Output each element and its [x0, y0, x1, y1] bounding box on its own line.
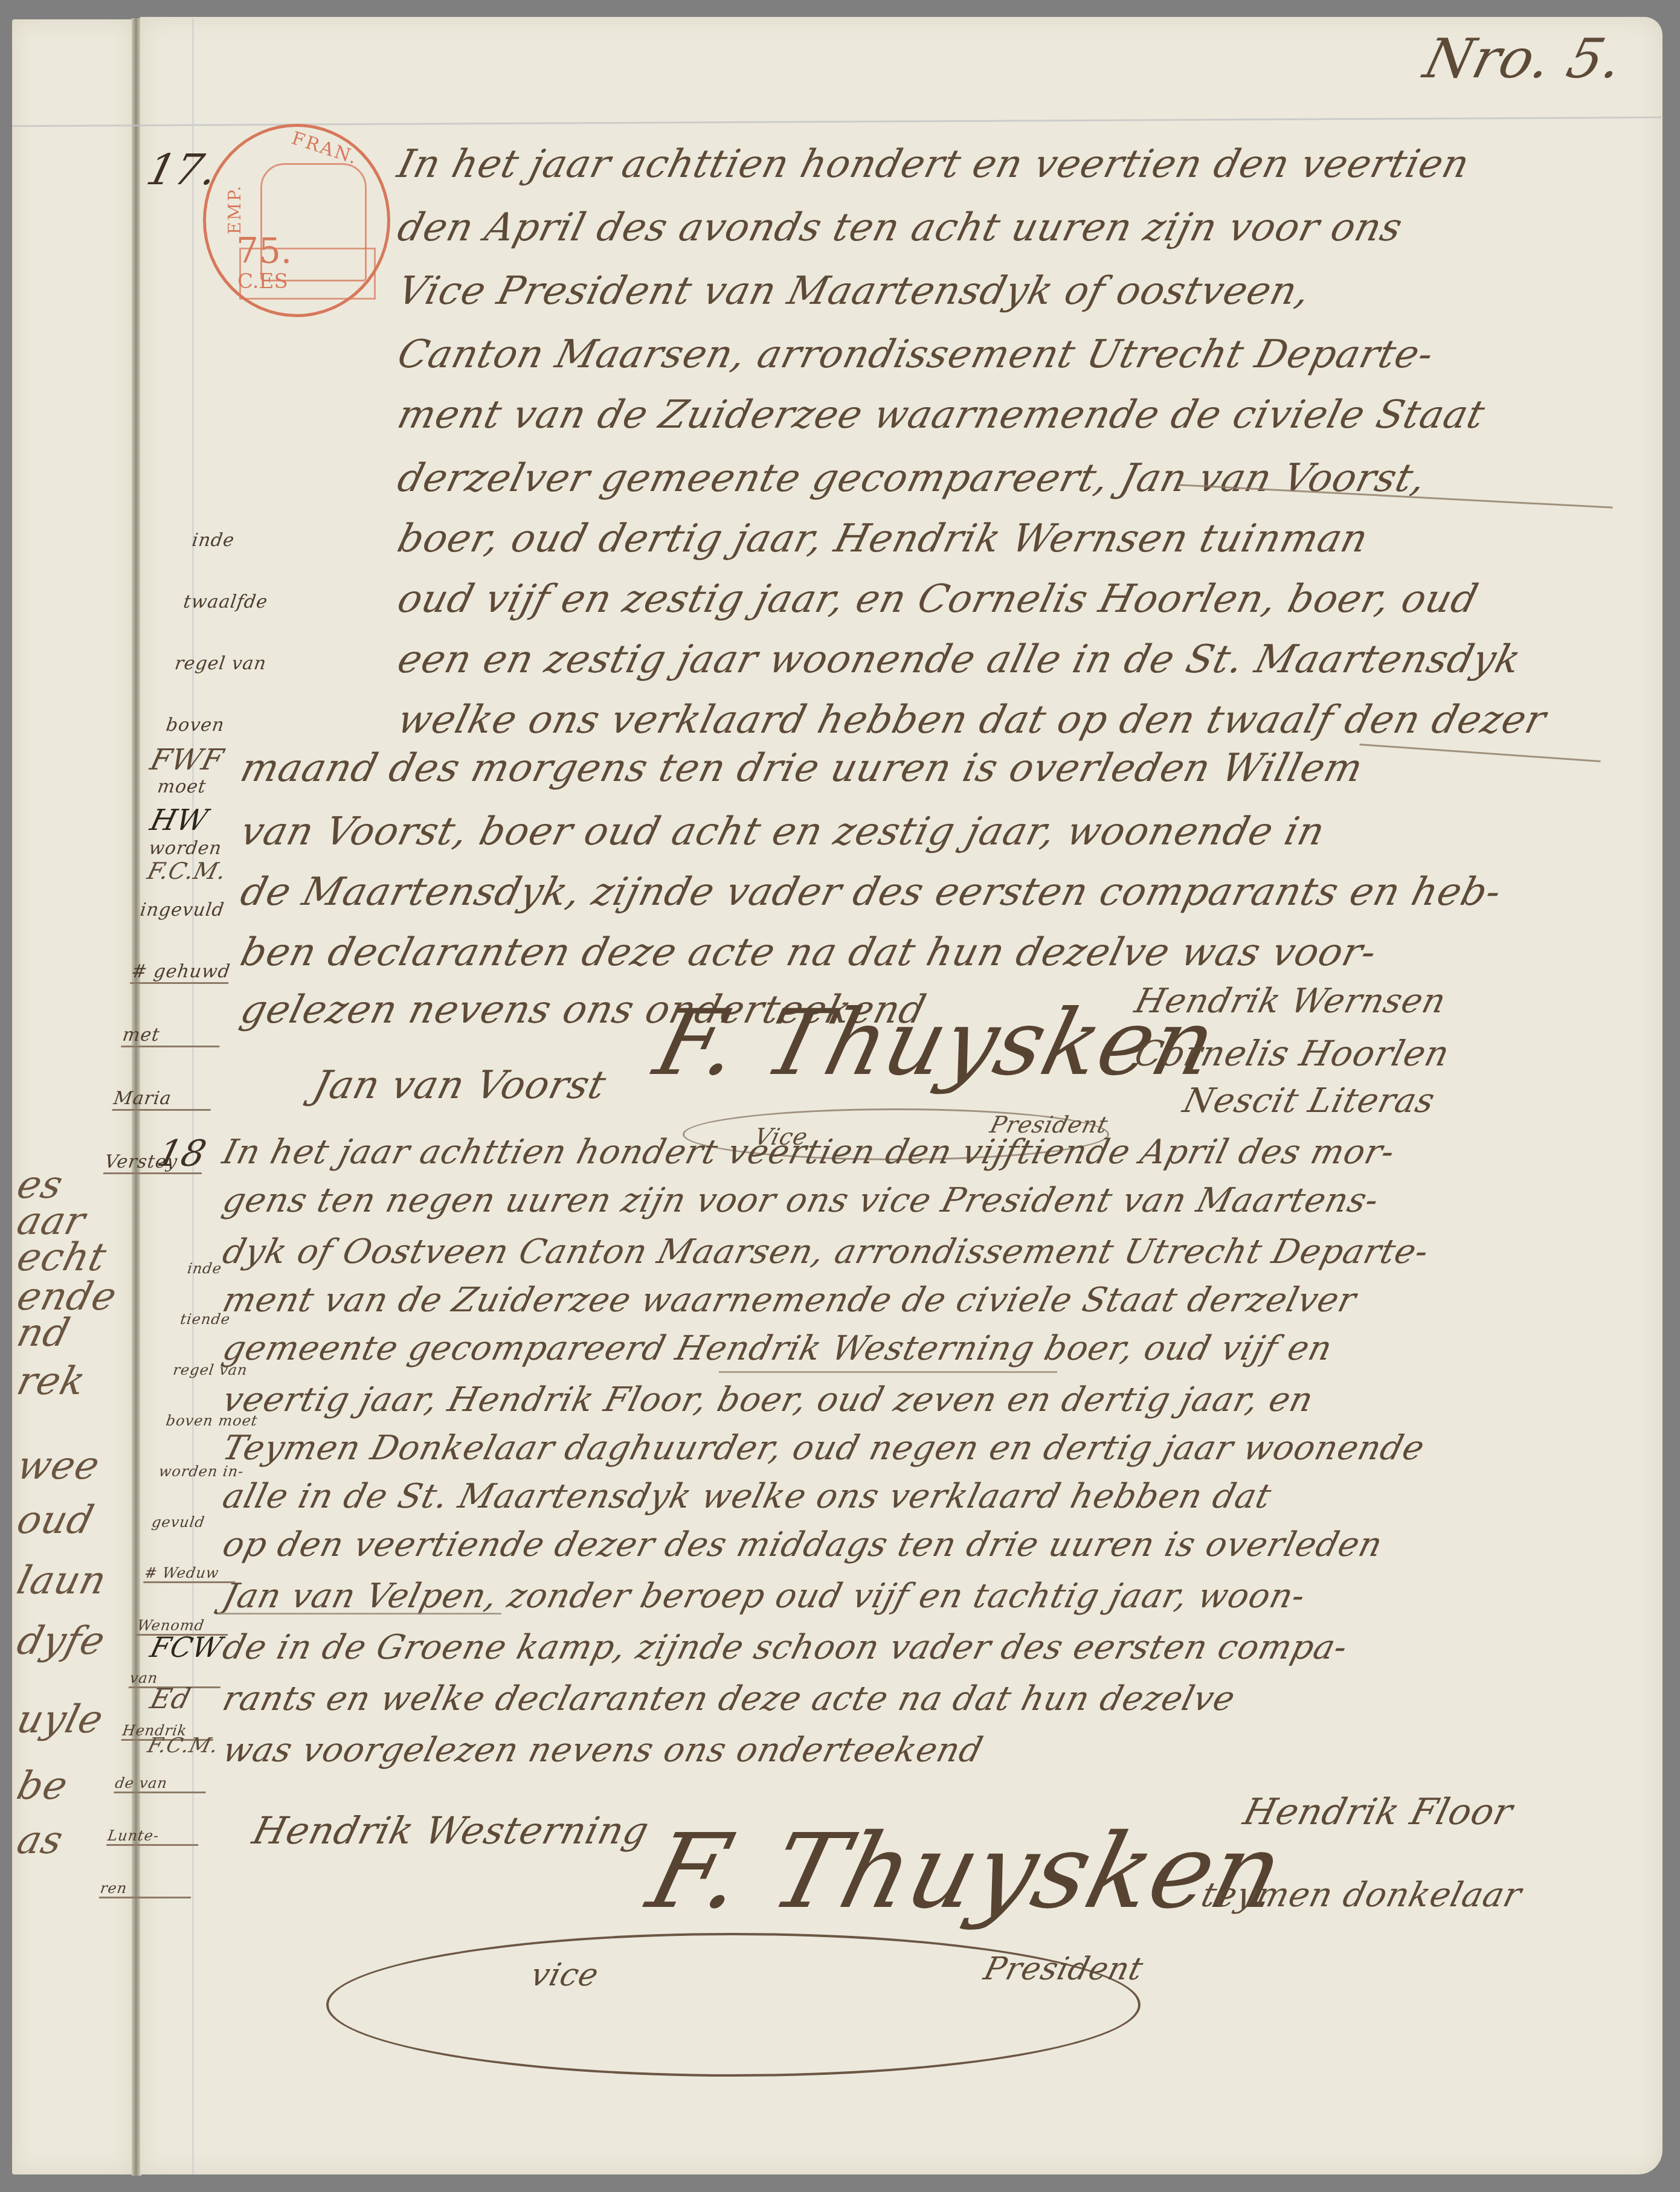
signature-witness: Jan van Voorst	[309, 1066, 610, 1105]
entry-line: dyk of Oostveen Canton Maarsen, arrondis…	[219, 1235, 1432, 1269]
left-page-text-fragment: dyfe	[13, 1619, 110, 1663]
revenue-stamp: FRAN. EMP. 75. C.ES	[203, 124, 390, 317]
left-page-text-fragment: oud	[13, 1498, 98, 1543]
entry-line: Canton Maarsen, arrondissement Utrecht D…	[394, 335, 1437, 374]
page-number: Nro. 5.	[1418, 27, 1630, 91]
name-underline	[719, 1371, 1057, 1373]
entry-line: gens ten negen uuren zijn voor ons vice …	[219, 1184, 1382, 1218]
stamp-side-text: EMP.	[225, 184, 245, 234]
entry-line: ben declaranten deze acte na dat hun dez…	[237, 933, 1380, 972]
margin-initials: F.C.M.	[145, 1734, 221, 1758]
official-title-right: President	[980, 1951, 1147, 1987]
entry-line: derzelver gemeente gecompareert, Jan van…	[394, 459, 1430, 498]
signature-witness: Cornelis Hoorlen	[1131, 1036, 1453, 1071]
entry-line: de Maartensdyk, zijnde vader des eersten…	[237, 873, 1505, 911]
entry-line: rants en welke declaranten deze acte na …	[219, 1682, 1238, 1716]
left-page-text-fragment: uyle	[13, 1697, 108, 1742]
entry-line: In het jaar achttien hondert en veertien…	[394, 145, 1473, 184]
entry-line: gemeente gecompareerd Hendrik Westerning…	[219, 1332, 1336, 1366]
entry-line: veertig jaar, Hendrik Floor, boer, oud z…	[219, 1383, 1317, 1417]
entry-line: maand des morgens ten drie uuren is over…	[237, 749, 1367, 788]
entry-line: den April des avonds ten acht uuren zijn…	[394, 208, 1406, 247]
entry-line: alle in de St. Maartensdyk welke ons ver…	[219, 1480, 1275, 1514]
stamp-value: 75.	[236, 233, 292, 268]
name-underline	[217, 1613, 501, 1615]
entry-line: Vice President van Maartensdyk of oostve…	[394, 272, 1314, 310]
margin-initials: FCW	[147, 1631, 226, 1663]
left-page-text-fragment: echt	[13, 1235, 111, 1280]
margin-initials: F.C.M.	[145, 858, 230, 884]
signature-witness: teymen donkelaar	[1198, 1879, 1525, 1912]
entry-line: ment van de Zuiderzee waarnemende de civ…	[394, 396, 1489, 434]
entry-line: welke ons verklaard hebben dat op den tw…	[394, 701, 1550, 739]
entry-line: een en zestig jaar woonende alle in de S…	[394, 640, 1525, 679]
signature-note: Nescit Literas	[1180, 1084, 1438, 1118]
left-page-text-fragment: wee	[13, 1444, 105, 1488]
official-title-left: vice	[527, 1957, 603, 1993]
signature-official: F. Thuysken	[637, 1812, 1295, 1932]
stamp-unit: C.ES	[237, 269, 288, 294]
entry-line: de in de Groene kamp, zijnde schoon vade…	[219, 1631, 1351, 1665]
margin-initials: FWF	[147, 743, 227, 777]
signature-witness: Hendrik Westerning	[249, 1812, 652, 1850]
entry-line: ment van de Zuiderzee waarnemende de civ…	[219, 1284, 1360, 1317]
signature-witness: Hendrik Floor	[1240, 1794, 1517, 1830]
entry-line: op den veertiende dezer des middags ten …	[219, 1528, 1386, 1562]
entry-line: boer, oud dertig jaar, Hendrik Wernsen t…	[394, 519, 1372, 558]
margin-initials: Ed	[147, 1682, 194, 1715]
entry-line: van Voorst, boer oud acht en zestig jaar…	[237, 812, 1329, 851]
margin-initials: HW	[147, 803, 211, 837]
entry-line: In het jaar achttien hondert veertien de…	[219, 1136, 1398, 1169]
entry-number: 17.	[142, 145, 224, 194]
left-page-text-fragment: laun	[13, 1558, 112, 1603]
signature-witness: Hendrik Wernsen	[1131, 985, 1449, 1018]
entry-line: oud vijf en zestig jaar, en Cornelis Hoo…	[394, 580, 1482, 619]
entry-line: Teymen Donkelaar daghuurder, oud negen e…	[219, 1432, 1428, 1465]
entry-line: was voorgelezen nevens ons onderteekend	[219, 1734, 986, 1767]
left-page-text-fragment: rek	[13, 1359, 91, 1404]
entry-line: Jan van Velpen, zonder beroep oud vijf e…	[219, 1580, 1309, 1613]
